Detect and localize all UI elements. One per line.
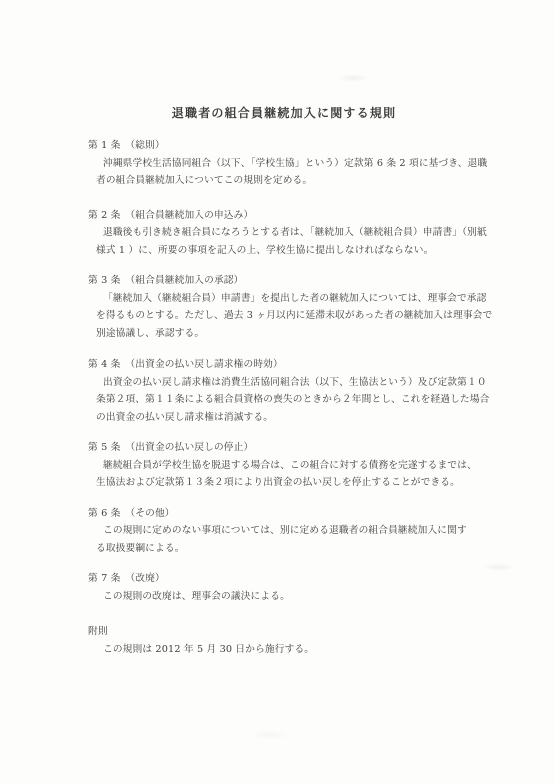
article-6-line-2: る取扱要綱による。 — [88, 540, 518, 558]
article-5-line-2: 生協法および定款第１３条２項により出資金の払い戻しを停止することができる。 — [88, 474, 518, 492]
article-7: 第 7 条 （改廃） この規則の改廃は、理事会の議決による。 — [88, 570, 518, 605]
article-5-line-1: 継続組合員が学校生協を脱退する場合は、この組合に対する債務を完遂するまでは、 — [88, 457, 518, 475]
article-1-heading: 第 1 条 （総則） — [88, 137, 518, 155]
supplement-heading: 附則 — [88, 623, 518, 641]
article-7-line-1: この規則の改廃は、理事会の議決による。 — [88, 588, 518, 606]
article-2-line-2: 様式 1 ）に、所要の事項を記入の上、学校生協に提出しなければならない。 — [88, 242, 518, 260]
article-5: 第 5 条 （出資金の払い戻しの停止） 継続組合員が学校生協を脱退する場合は、こ… — [88, 439, 518, 492]
article-7-heading: 第 7 条 （改廃） — [88, 570, 518, 588]
article-6: 第 6 条 （その他） この規則に定めのない事項については、別に定める退職者の組… — [88, 505, 518, 558]
article-1: 第 1 条 （総則） 沖縄県学校生活協同組合（以下、「学校生協」という）定款第 … — [88, 137, 518, 190]
supplementary-provisions: 附則 この規則は 2012 年 5 月 30 日から施行する。 — [88, 623, 518, 658]
article-4-line-2: 条第２項、第１１条による組合員資格の喪失のときから２年間とし、これを経過した場合 — [88, 391, 518, 409]
article-2-heading: 第 2 条 （組合員継続加入の申込み） — [88, 207, 518, 225]
article-2-line-1: 退職後も引き続き組合員になろうとする者は、「継続加入（継続組合員）申請書」（別紙 — [88, 224, 518, 242]
article-4-line-3: の出資金の払い戻し請求権は消滅する。 — [88, 409, 518, 427]
article-1-line-2: 者の組合員継続加入についてこの規則を定める。 — [88, 172, 518, 190]
article-3-heading: 第 3 条 （組合員継続加入の承認） — [88, 272, 518, 290]
document-title: 退職者の組合員継続加入に関する規則 — [88, 105, 480, 122]
article-3-line-3: 別途協議し、承認する。 — [88, 325, 518, 343]
document-body: 第 1 条 （総則） 沖縄県学校生活協同組合（以下、「学校生協」という）定款第 … — [88, 137, 518, 671]
article-4: 第 4 条 （出資金の払い戻し請求権の時効） 出資金の払い戻し請求権は消費生活協… — [88, 356, 518, 426]
article-4-line-1: 出資金の払い戻し請求権は消費生活協同組合法（以下、生協法という）及び定款第１０ — [88, 374, 518, 392]
article-3: 第 3 条 （組合員継続加入の承認） 「継続加入（継続組合員）申請書」を提出した… — [88, 272, 518, 342]
scan-artifact — [338, 74, 368, 82]
article-3-line-1: 「継続加入（継続組合員）申請書」を提出した者の継続加入については、理事会で承認 — [88, 290, 518, 308]
article-1-line-1: 沖縄県学校生活協同組合（以下、「学校生協」という）定款第 6 条 2 項に基づき… — [88, 155, 518, 173]
article-6-heading: 第 6 条 （その他） — [88, 505, 518, 523]
article-6-line-1: この規則に定めのない事項については、別に定める退職者の組合員継続加入に関す — [88, 522, 518, 540]
article-3-line-2: を得るものとする。ただし、過去 3 ヶ月以内に延滞未収があった者の継続加入は理事… — [88, 307, 518, 325]
scanned-document-page: 退職者の組合員継続加入に関する規則 第 1 条 （総則） 沖縄県学校生活協同組合… — [0, 0, 555, 784]
scan-artifact — [250, 730, 290, 740]
article-4-heading: 第 4 条 （出資金の払い戻し請求権の時効） — [88, 356, 518, 374]
supplement-line-1: この規則は 2012 年 5 月 30 日から施行する。 — [88, 641, 518, 659]
article-5-heading: 第 5 条 （出資金の払い戻しの停止） — [88, 439, 518, 457]
article-2: 第 2 条 （組合員継続加入の申込み） 退職後も引き続き組合員になろうとする者は… — [88, 207, 518, 260]
